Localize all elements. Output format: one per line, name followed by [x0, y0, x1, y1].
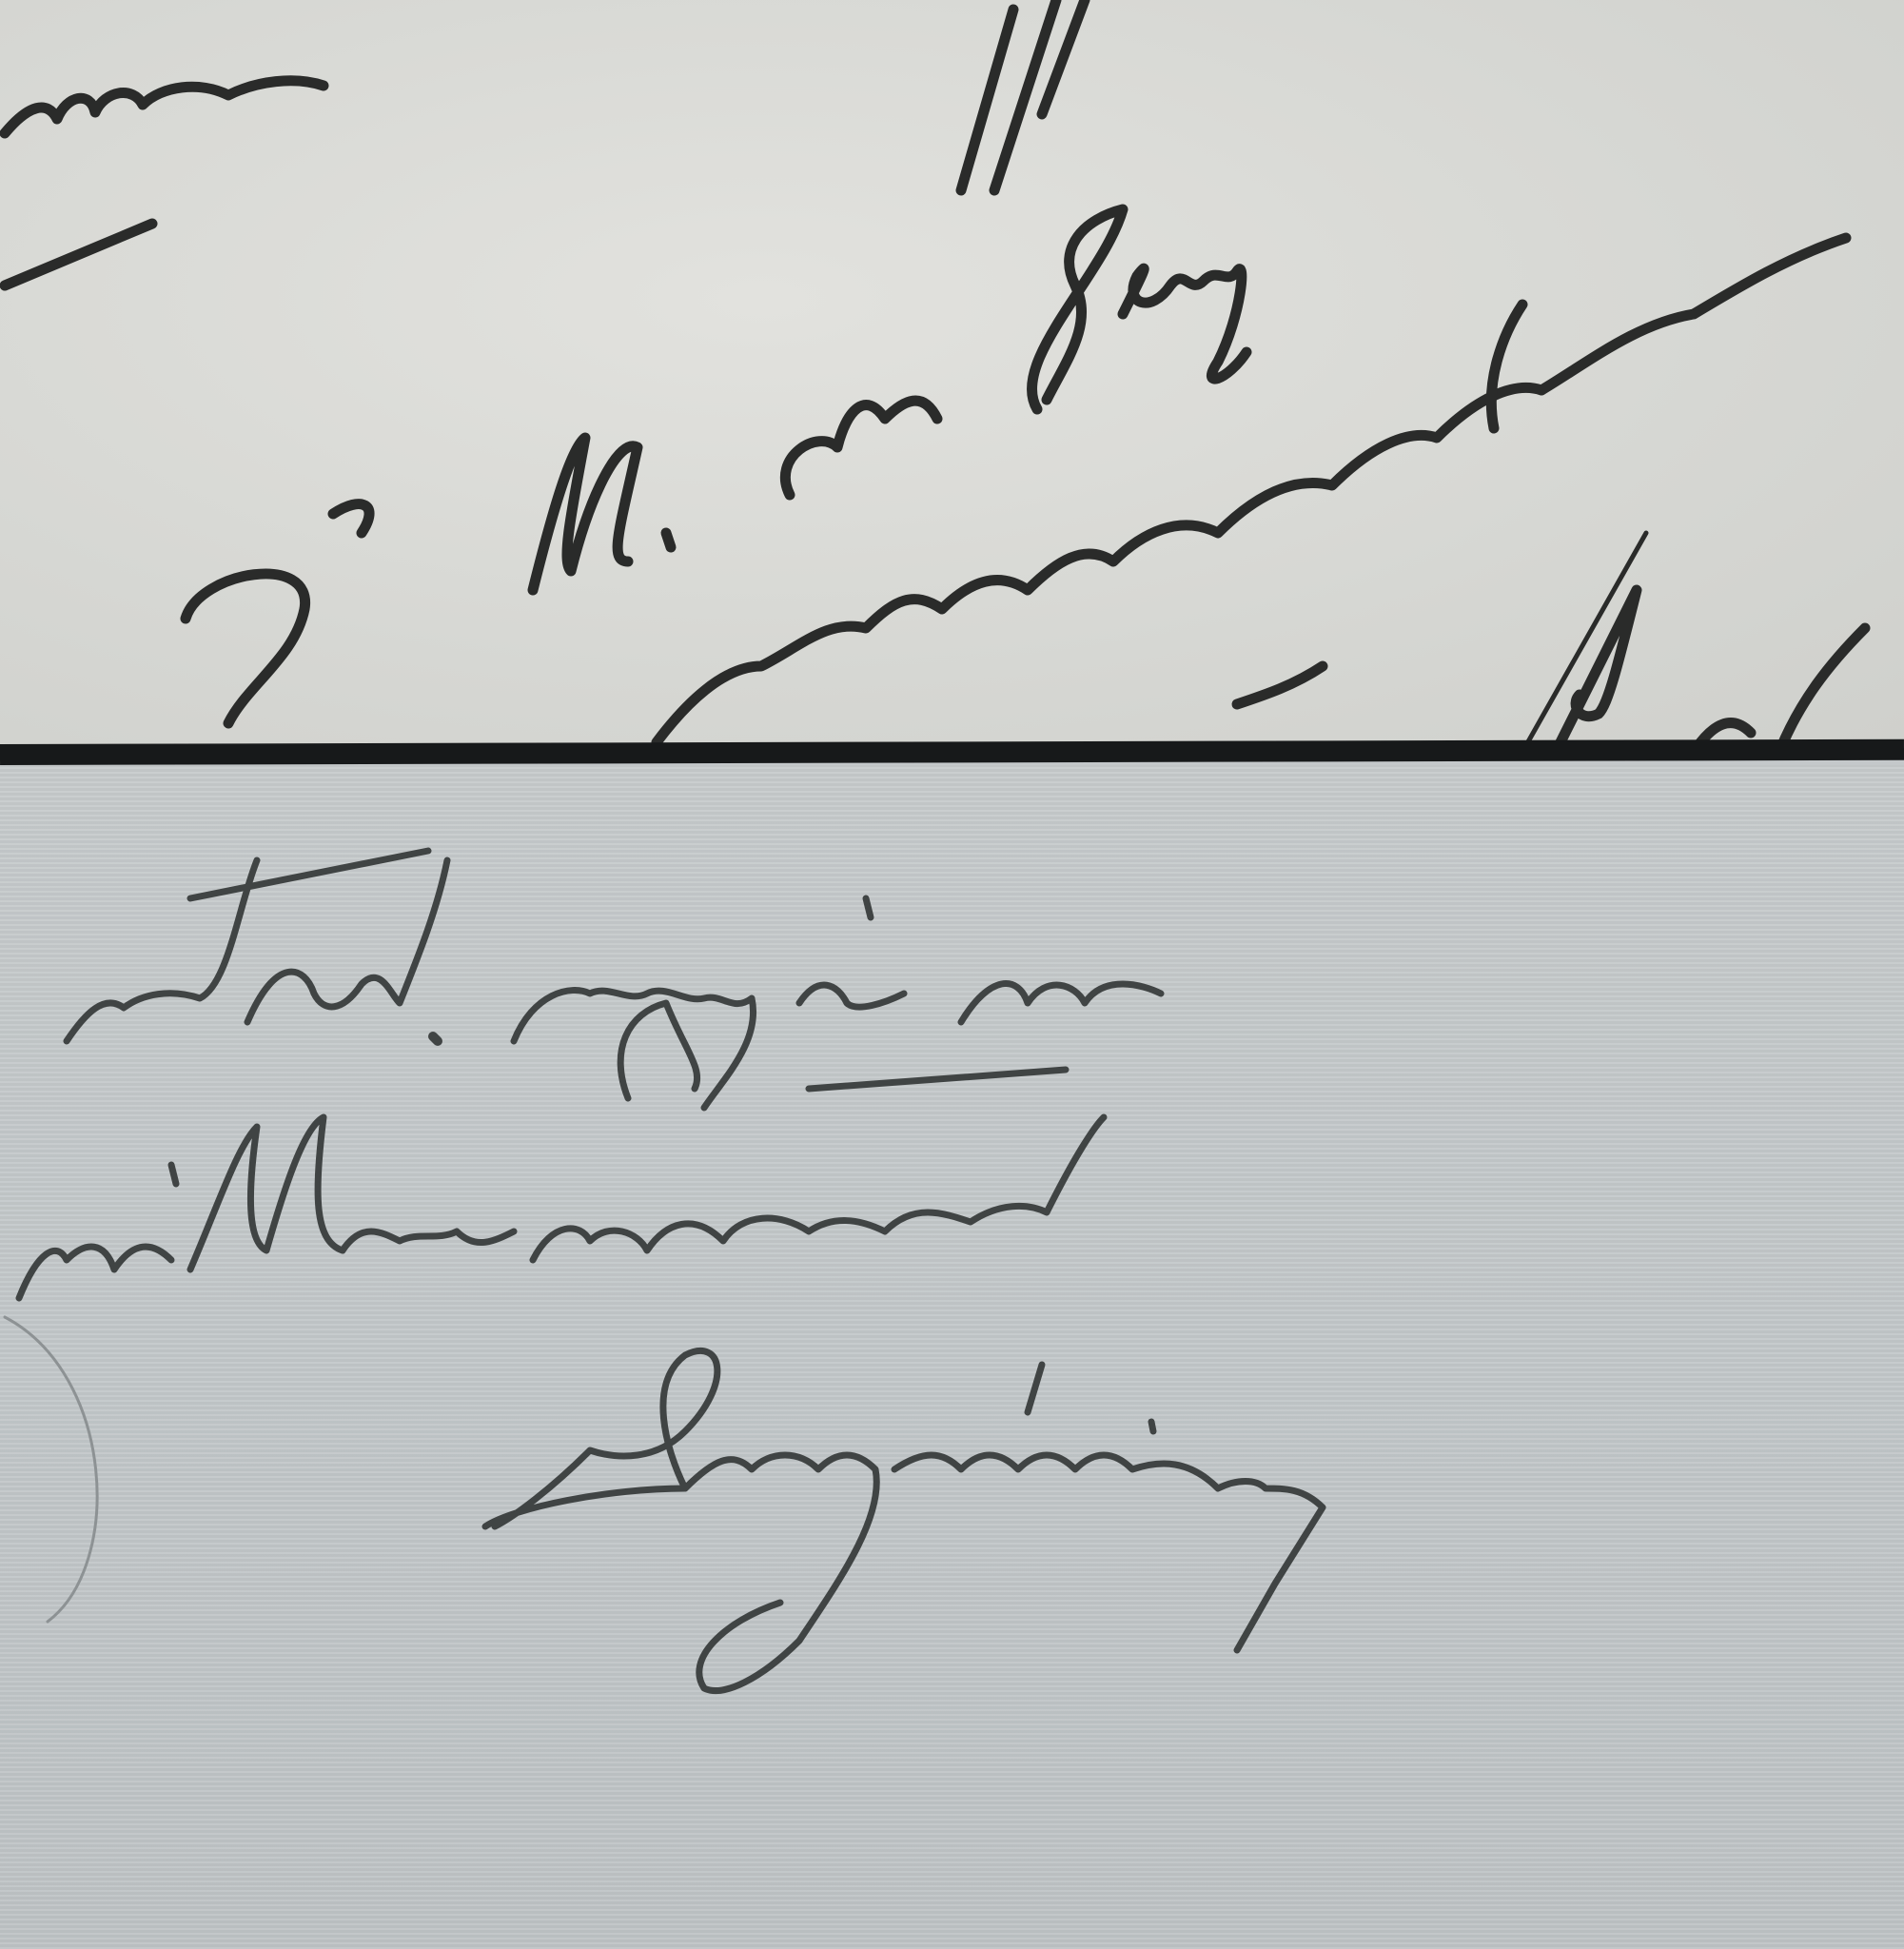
- closing-line-2: meilleurs Sentiments: [19, 1136, 943, 1236]
- signature: Eugénie: [495, 1393, 931, 1515]
- top-letter-handwriting: [0, 0, 1904, 747]
- top-letter: Dr M. de Fleury: [0, 0, 1904, 747]
- closing-line-1: ...en tout. Croyez à mes: [57, 927, 1086, 1027]
- top-letter-address-text: Dr M. de Fleury: [285, 495, 979, 595]
- document-edge-divider: [0, 739, 1904, 765]
- bottom-letter: ...en tout. Croyez à mes meilleurs Senti…: [0, 765, 1904, 1949]
